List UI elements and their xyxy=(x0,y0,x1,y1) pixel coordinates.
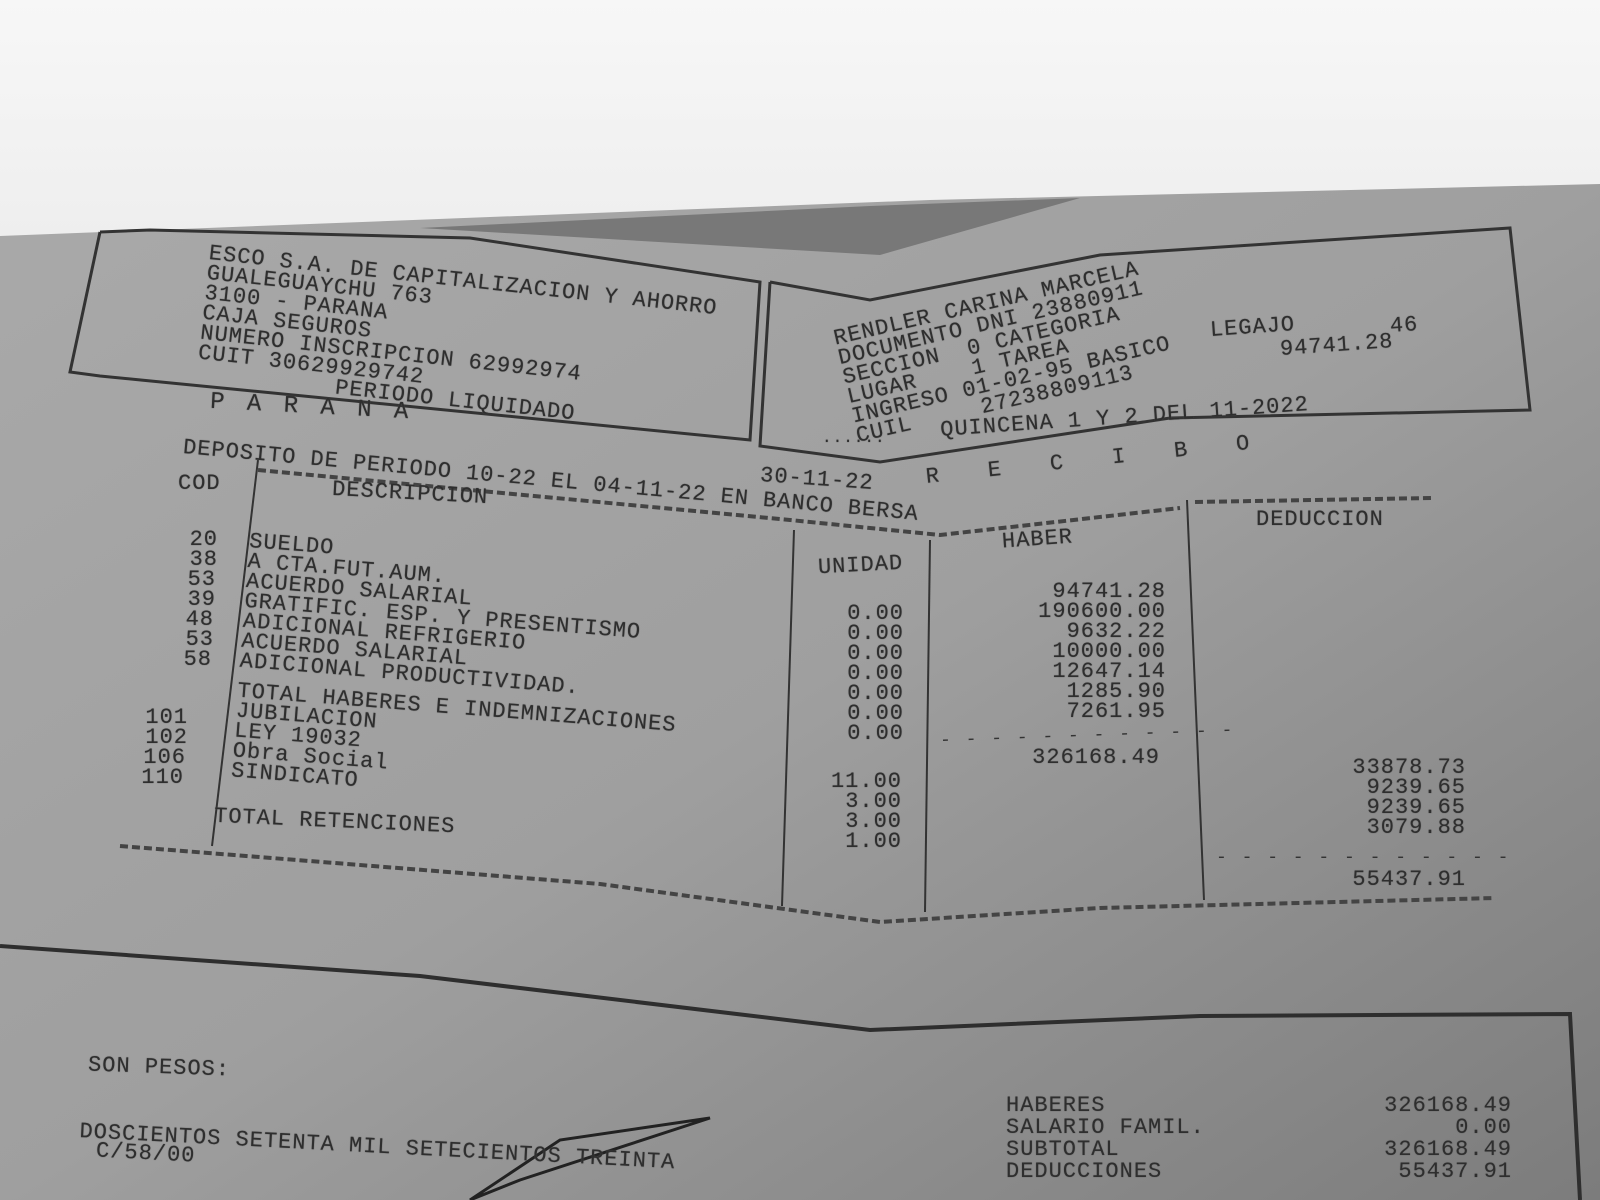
total-haber: 326168.49 xyxy=(980,748,1160,768)
codes-column: 20 38 53 39 48 53 58 xyxy=(164,530,224,670)
amount-cents: C/58/00 xyxy=(96,1141,196,1166)
header-cod: COD xyxy=(178,474,221,494)
row-unidad: 0.00 xyxy=(820,724,904,744)
row-deduccion: 3079.88 xyxy=(1290,818,1466,838)
summary-label: HABERES xyxy=(1006,1096,1105,1116)
total-deduccion: 55437.91 xyxy=(1290,870,1466,890)
summary-value: 326168.49 xyxy=(1296,1096,1512,1116)
header-haber: HABER xyxy=(1001,528,1073,553)
unidad-column-retenciones: 11.00 3.00 3.00 1.00 xyxy=(818,772,902,852)
summary-value: 326168.49 xyxy=(1296,1140,1512,1160)
unidad-column: 0.00 0.00 0.00 0.00 0.00 0.00 0.00 xyxy=(820,604,904,744)
summary-value: 0.00 xyxy=(1296,1118,1512,1138)
receipt-sheet xyxy=(0,0,1600,1200)
deduccion-subtotal-rule: - - - - - - - - - - - - xyxy=(1216,848,1510,868)
son-pesos-label: SON PESOS: xyxy=(88,1056,231,1081)
summary-label: DEDUCCIONES xyxy=(1006,1162,1162,1182)
header-unidad: UNIDAD xyxy=(818,554,904,578)
row-cod: 58 xyxy=(164,650,212,670)
row-cod: 110 xyxy=(132,768,184,788)
legajo-value: 46 xyxy=(1389,315,1419,337)
summary-label: SALARIO FAMIL. xyxy=(1006,1118,1205,1138)
row-haber: 7261.95 xyxy=(990,702,1166,722)
summary-label: SUBTOTAL xyxy=(1006,1140,1120,1160)
header-deduccion: DEDUCCION xyxy=(1256,510,1384,530)
codes-column-retenciones: 101 102 106 110 xyxy=(132,708,192,788)
deduccion-column: 33878.73 9239.65 9239.65 3079.88 xyxy=(1290,758,1466,838)
row-unidad: 1.00 xyxy=(818,832,902,852)
photo-background: ESCO S.A. DE CAPITALIZACION Y AHORRO GUA… xyxy=(0,0,1600,1200)
descriptions-column: SUELDO A CTA.FUT.AUM. ACUERDO SALARIAL G… xyxy=(230,532,689,816)
summary-value: 55437.91 xyxy=(1296,1162,1512,1182)
haber-column: 94741.28 190600.00 9632.22 10000.00 1264… xyxy=(990,582,1166,722)
cuil-mask: ...... xyxy=(822,428,886,448)
